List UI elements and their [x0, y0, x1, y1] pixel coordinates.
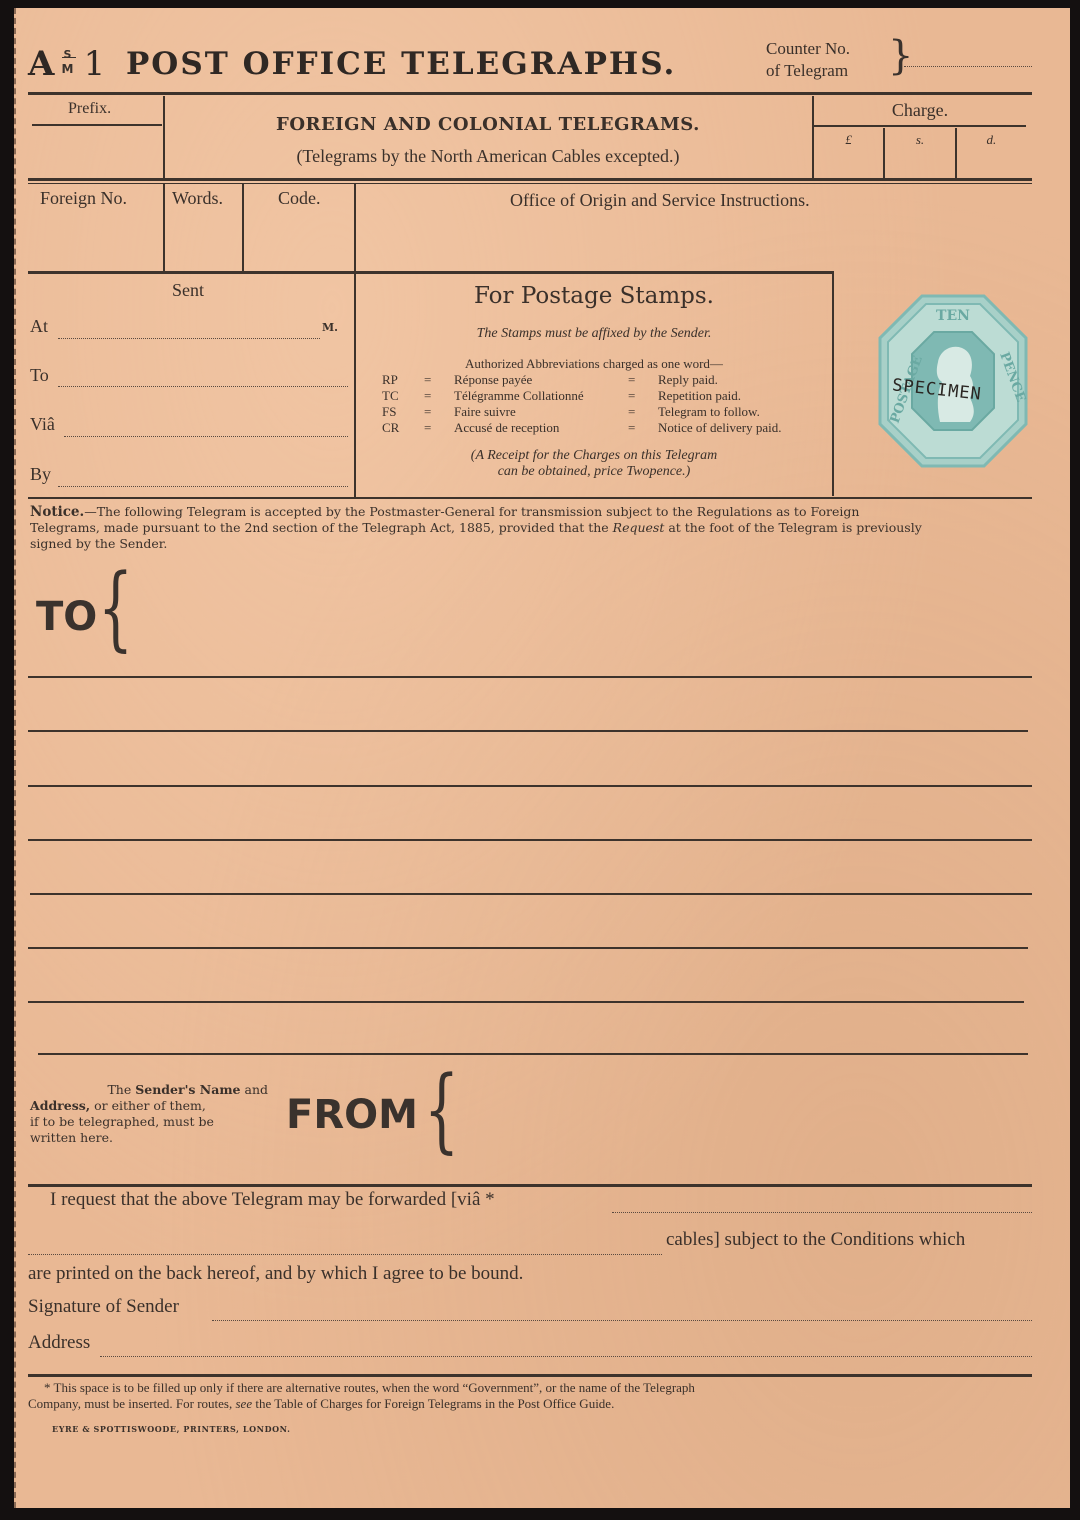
divider — [28, 497, 1032, 499]
abbr-english: Repetition paid. — [658, 388, 741, 404]
code-label: Code. — [278, 188, 321, 209]
stamps-box-subtitle: The Stamps must be affixed by the Sender… — [356, 326, 832, 342]
signature-field[interactable] — [212, 1320, 1032, 1321]
svg-text:TEN: TEN — [936, 308, 970, 324]
abbr-english: Notice of delivery paid. — [658, 420, 781, 436]
sender-note-line4: written here. — [30, 1130, 268, 1146]
shillings-label: s. — [916, 132, 924, 147]
sender-note-part: and — [241, 1082, 268, 1097]
notice-line3: signed by the Sender. — [30, 536, 1030, 552]
divider — [832, 272, 834, 496]
message-line-1[interactable] — [28, 676, 1032, 678]
equals-sign: = — [424, 404, 431, 420]
charge-shillings-field[interactable]: s. — [885, 128, 956, 178]
abbr-code: CR — [382, 420, 399, 436]
request-line3: are printed on the back hereof, and by w… — [28, 1263, 523, 1285]
address-label: Address — [28, 1332, 90, 1354]
charge-pounds-field[interactable]: £ — [814, 128, 885, 178]
footnote-line2a: Company, must be inserted. For routes, — [28, 1396, 236, 1411]
abbr-code: FS — [382, 404, 396, 420]
office-of-origin-field[interactable] — [357, 213, 1027, 268]
notice-text: Notice.—The following Telegram is accept… — [30, 504, 1030, 552]
sent-at-suffix: M. — [322, 321, 338, 334]
form-code-number: 1 — [84, 44, 107, 84]
sent-at-label: At — [30, 316, 48, 337]
office-of-origin-label: Office of Origin and Service Instruction… — [510, 190, 810, 211]
charge-pence-field[interactable]: d. — [957, 128, 1026, 178]
abbr-code: RP — [382, 372, 398, 388]
recipient-address-field[interactable] — [126, 568, 1026, 673]
equals-sign: = — [628, 372, 635, 388]
receipt-note-line2: can be obtained, price Twopence.) — [356, 464, 832, 480]
abbreviations-heading: Authorized Abbreviations charged as one … — [356, 356, 832, 372]
foreign-no-label: Foreign No. — [40, 188, 127, 209]
divider — [28, 271, 834, 274]
divider — [814, 125, 1026, 127]
form-code-sup: S — [63, 48, 71, 61]
form-subheading: (Telegrams by the North American Cables … — [164, 146, 812, 167]
sent-to-label: To — [30, 365, 49, 386]
abbreviation-row: RP = Réponse payée = Reply paid. — [382, 372, 832, 388]
message-line-6[interactable] — [28, 947, 1028, 949]
sender-note-part: The — [107, 1082, 135, 1097]
divider — [28, 1374, 1032, 1377]
sent-to-field[interactable] — [58, 386, 348, 387]
footnote: * This space is to be filled up only if … — [28, 1380, 1032, 1412]
form-code: A S M 1 — [28, 44, 106, 84]
pence-label: d. — [986, 132, 996, 147]
notice-lead: Notice. — [30, 504, 84, 520]
prefix-label: Prefix. — [68, 100, 111, 118]
via-cables-field-continued[interactable] — [28, 1254, 662, 1255]
notice-line2a: Telegrams, made pursuant to the 2nd sect… — [30, 520, 613, 535]
divider — [28, 1184, 1032, 1187]
charge-columns: £ s. d. — [814, 128, 1026, 178]
foreign-no-field[interactable] — [32, 208, 160, 268]
prefix-field[interactable] — [32, 124, 162, 126]
notice-request-italic: Request — [613, 520, 665, 535]
form-code-sub: M — [61, 62, 73, 76]
sender-note-bold: Address, — [30, 1098, 90, 1113]
divider — [28, 92, 1032, 95]
abbreviations-table: RP = Réponse payée = Reply paid. TC = Té… — [382, 372, 832, 436]
message-line-2[interactable] — [28, 730, 1028, 732]
to-label: TO — [36, 594, 97, 640]
equals-sign: = — [628, 420, 635, 436]
sent-label: Sent — [172, 280, 204, 301]
abbreviation-row: FS = Faire suivre = Telegram to follow. — [382, 404, 832, 420]
counter-brace-icon: } — [888, 34, 913, 78]
divider — [163, 184, 165, 272]
via-cables-field[interactable] — [612, 1212, 1032, 1213]
abbr-french: Télégramme Collationné — [454, 388, 584, 404]
abbr-english: Reply paid. — [658, 372, 718, 388]
abbreviation-row: TC = Télégramme Collationné = Repetition… — [382, 388, 832, 404]
from-label: FROM — [286, 1092, 418, 1138]
charge-label: Charge. — [814, 100, 1026, 121]
sender-note-line3: if to be telegraphed, must be — [30, 1114, 268, 1130]
embossed-stamp: TEN POSTAGE PENCE SPECIMEN — [878, 294, 1028, 468]
notice-line2b: at the foot of the Telegram is previousl… — [664, 520, 921, 535]
request-line1: I request that the above Telegram may be… — [50, 1189, 495, 1211]
telegram-form-sheet: A S M 1 POST OFFICE TELEGRAPHS. Counter … — [14, 8, 1070, 1508]
abbr-french: Faire suivre — [454, 404, 516, 420]
sender-address-field[interactable] — [452, 1072, 1032, 1172]
message-line-8[interactable] — [38, 1053, 1028, 1055]
abbr-english: Telegram to follow. — [658, 404, 760, 420]
divider — [354, 184, 356, 272]
equals-sign: = — [628, 388, 635, 404]
counter-number-field[interactable] — [904, 66, 1032, 67]
message-line-3[interactable] — [28, 785, 1032, 787]
sent-via-field[interactable] — [64, 436, 348, 437]
page-title: POST OFFICE TELEGRAPHS. — [126, 46, 676, 82]
sent-at-field[interactable] — [58, 338, 320, 339]
sender-note-bold: Sender's Name — [135, 1082, 240, 1097]
abbr-french: Réponse payée — [454, 372, 532, 388]
message-line-4[interactable] — [28, 839, 1032, 841]
counter-label-line2: of Telegram — [766, 60, 850, 82]
footnote-line2b: the Table of Charges for Foreign Telegra… — [252, 1396, 614, 1411]
words-label: Words. — [172, 188, 223, 209]
counter-label-line1: Counter No. — [766, 38, 850, 60]
footnote-line1: * This space is to be filled up only if … — [28, 1380, 1032, 1396]
abbr-code: TC — [382, 388, 399, 404]
form-heading: FOREIGN AND COLONIAL TELEGRAMS. — [164, 114, 812, 135]
divider — [28, 178, 1032, 181]
receipt-note: (A Receipt for the Charges on this Teleg… — [356, 448, 832, 480]
printer-imprint: EYRE & SPOTTISWOODE, PRINTERS, LONDON. — [52, 1424, 290, 1434]
sent-by-field[interactable] — [58, 486, 348, 487]
divider — [242, 184, 244, 272]
equals-sign: = — [424, 372, 431, 388]
equals-sign: = — [424, 420, 431, 436]
code-field[interactable] — [245, 208, 352, 268]
sender-note: The Sender's Name and Address, or either… — [30, 1082, 268, 1146]
stamps-box-title: For Postage Stamps. — [356, 283, 832, 309]
notice-line1: —The following Telegram is accepted by t… — [84, 504, 859, 519]
pounds-label: £ — [845, 132, 852, 147]
equals-sign: = — [628, 404, 635, 420]
form-code-letter: A — [28, 44, 55, 84]
message-line-7[interactable] — [28, 1001, 1024, 1003]
abbreviation-row: CR = Accusé de reception = Notice of del… — [382, 420, 832, 436]
equals-sign: = — [424, 388, 431, 404]
signature-label: Signature of Sender — [28, 1296, 179, 1318]
words-field[interactable] — [166, 208, 240, 268]
sent-via-label: Viâ — [30, 414, 55, 435]
request-line2: cables] subject to the Conditions which — [666, 1229, 965, 1251]
divider — [28, 183, 1032, 184]
address-field[interactable] — [100, 1356, 1032, 1357]
footnote-see-italic: see — [236, 1396, 253, 1411]
sender-note-part: or either of them, — [90, 1098, 206, 1113]
message-line-5[interactable] — [30, 893, 1032, 895]
counter-label: Counter No. of Telegram — [766, 38, 850, 82]
abbr-french: Accusé de reception — [454, 420, 559, 436]
sent-by-label: By — [30, 464, 51, 485]
receipt-note-line1: (A Receipt for the Charges on this Teleg… — [356, 448, 832, 464]
